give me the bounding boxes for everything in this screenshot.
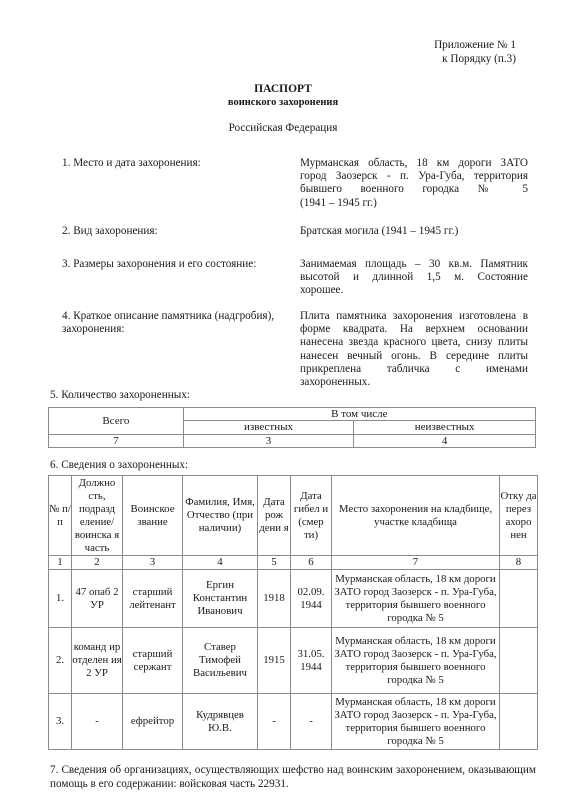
value-total: 7	[49, 434, 184, 447]
header-known: известных	[183, 421, 354, 434]
col-header-name: Фамилия, Имя, Отчество (при наличии)	[183, 476, 258, 556]
appendix-reference: Приложение № 1 к Порядку (п.3)	[434, 38, 516, 66]
col-header-place: Место захоронения на кладбище, участке к…	[332, 476, 500, 556]
header-including: В том числе	[183, 408, 535, 421]
count-section-label: 5. Количество захороненных:	[50, 389, 190, 402]
col-header-rank: Воинское звание	[123, 476, 183, 556]
patronage-info: 7. Сведения об организациях, осуществляю…	[50, 763, 536, 791]
people-section-label: 6. Сведения о захороненных:	[50, 459, 188, 472]
item-size-value: Занимаемая площадь – 30 кв.м. Памятник в…	[300, 258, 528, 298]
cell-unit: команд ир отделен ия 2 УР	[72, 628, 123, 694]
cell-rank: старший сержант	[123, 628, 183, 694]
header-total: Всего	[49, 408, 184, 435]
cell-place: Мурманская область, 18 км дороги ЗАТО го…	[332, 570, 500, 628]
value-known: 3	[183, 434, 354, 447]
document-subtitle: воинского захоронения	[0, 96, 566, 109]
appendix-order: к Порядку (п.3)	[434, 52, 516, 66]
table-row: 1. 47 опаб 2 УР старший лейтенант Ергин …	[49, 570, 538, 628]
cell-number: 3.	[49, 694, 72, 750]
burial-count-table: Всего В том числе известных неизвестных …	[48, 407, 536, 448]
item-burial-type-value: Братская могила (1941 – 1945 гг.)	[300, 225, 528, 238]
cell-origin	[500, 628, 538, 694]
appendix-number: Приложение № 1	[434, 38, 516, 52]
cell-name: Ставер Тимофей Васильевич	[183, 628, 258, 694]
item-description-value: Плита памятника захоронения изготовлена …	[300, 310, 528, 389]
cell-name: Кудрявцев Ю.В.	[183, 694, 258, 750]
cell-birth: 1915	[258, 628, 291, 694]
cell-place: Мурманская область, 18 км дороги ЗАТО го…	[332, 694, 500, 750]
cell-rank: старший лейтенант	[123, 570, 183, 628]
document-title: ПАСПОРТ	[0, 83, 566, 96]
col-header-number: № п/ п	[49, 476, 72, 556]
col-number: 2	[72, 556, 123, 570]
item-burial-place-label: 1. Место и дата захоронения:	[62, 157, 282, 170]
column-number-row: 1 2 3 4 5 6 7 8	[49, 556, 538, 570]
cell-birth: 1918	[258, 570, 291, 628]
cell-origin	[500, 570, 538, 628]
table-row: 3. - ефрейтор Кудрявцев Ю.В. - - Мурманс…	[49, 694, 538, 750]
cell-rank: ефрейтор	[123, 694, 183, 750]
cell-name: Ергин Константин Иванович	[183, 570, 258, 628]
cell-birth: -	[258, 694, 291, 750]
cell-death: -	[291, 694, 332, 750]
col-number: 1	[49, 556, 72, 570]
col-header-birth: Дата рож дени я	[258, 476, 291, 556]
buried-people-table: № п/ п Должно сть, подразд еление/ воинс…	[48, 475, 538, 750]
col-header-origin: Отку да перез ахоро нен	[500, 476, 538, 556]
item-burial-type-label: 2. Вид захоронения:	[62, 225, 282, 238]
cell-unit: -	[72, 694, 123, 750]
item-description-label: 4. Краткое описание памятника (надгробия…	[62, 310, 282, 336]
country-name: Российская Федерация	[0, 122, 566, 135]
value-unknown: 4	[354, 434, 536, 447]
col-number: 5	[258, 556, 291, 570]
header-unknown: неизвестных	[354, 421, 536, 434]
col-number: 6	[291, 556, 332, 570]
cell-unit: 47 опаб 2 УР	[72, 570, 123, 628]
table-row: 2. команд ир отделен ия 2 УР старший сер…	[49, 628, 538, 694]
cell-death: 31.05. 1944	[291, 628, 332, 694]
col-header-unit: Должно сть, подразд еление/ воинска я ча…	[72, 476, 123, 556]
header-row: № п/ п Должно сть, подразд еление/ воинс…	[49, 476, 538, 556]
cell-death: 02.09. 1944	[291, 570, 332, 628]
col-number: 3	[123, 556, 183, 570]
item-burial-place-value: Мурманская область, 18 км дороги ЗАТО го…	[300, 157, 528, 210]
col-number: 7	[332, 556, 500, 570]
cell-number: 1.	[49, 570, 72, 628]
item-size-label: 3. Размеры захоронения и его состояние:	[62, 258, 282, 271]
cell-number: 2.	[49, 628, 72, 694]
cell-origin	[500, 694, 538, 750]
col-number: 8	[500, 556, 538, 570]
col-number: 4	[183, 556, 258, 570]
cell-place: Мурманская область, 18 км дороги ЗАТО го…	[332, 628, 500, 694]
col-header-death: Дата гибел и (смер ти)	[291, 476, 332, 556]
